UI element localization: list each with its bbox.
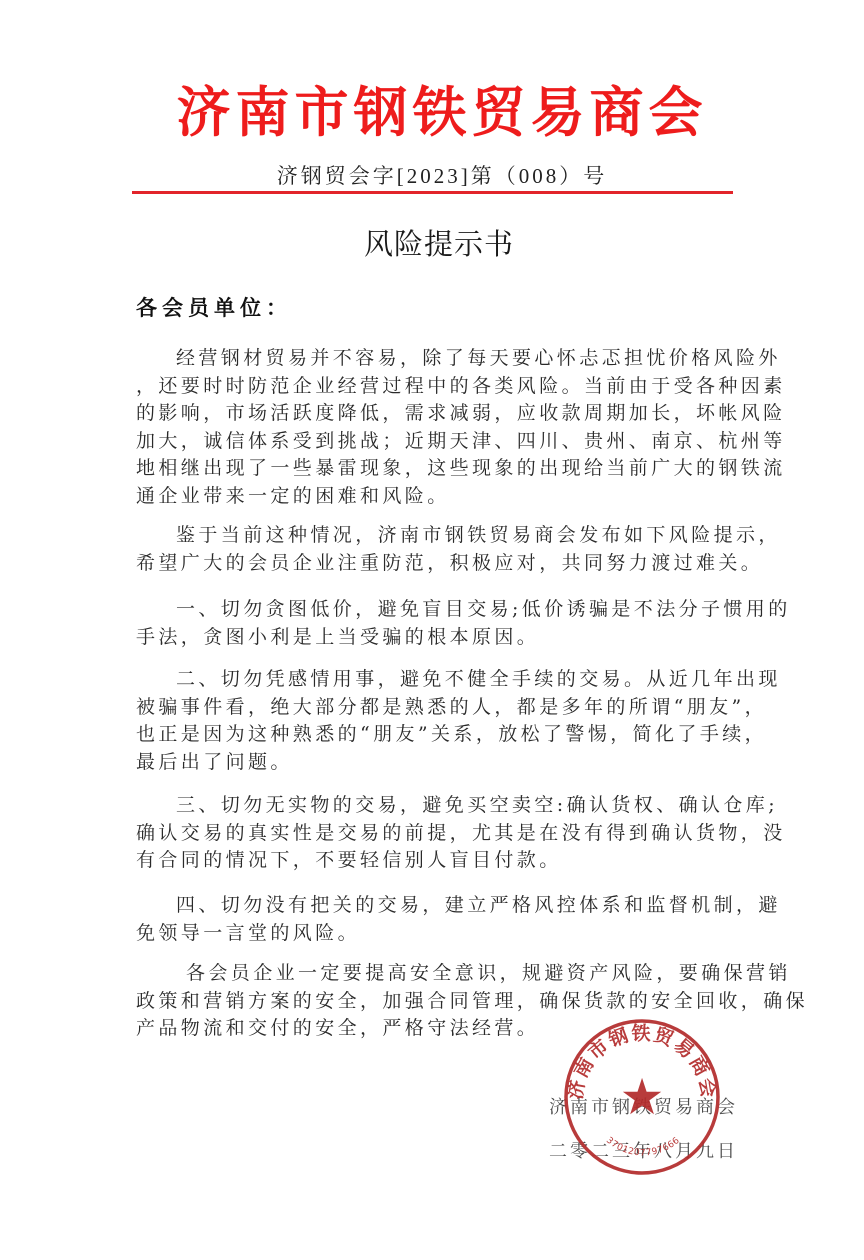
text-line: 四、切勿没有把关的交易，建立严格风控体系和监督机制，避	[136, 892, 736, 920]
document-page: 济南市钢铁贸易商会 济钢贸会字[2023]第（008）号 风险提示书 各会员单位…	[0, 0, 864, 1260]
text-line: ，还要时时防范企业经营过程中的各类风险。当前由于受各种因素	[136, 373, 736, 401]
letterhead-divider	[132, 191, 733, 194]
text-line: 的影响，市场活跃度降低，需求减弱，应收款周期加长，坏帐风险	[136, 400, 736, 428]
risk-item-1: 一、切勿贪图低价，避免盲目交易;低价诱骗是不法分子惯用的 手法，贪图小利是上当受…	[136, 596, 736, 651]
risk-item-4: 四、切勿没有把关的交易，建立严格风控体系和监督机制，避 免领导一言堂的风险。	[136, 892, 736, 947]
text-line: 政策和营销方案的安全，加强合同管理，确保货款的安全回收，确保	[136, 988, 736, 1016]
text-line: 希望广大的会员企业注重防范，积极应对，共同努力渡过难关。	[136, 550, 736, 578]
salutation: 各会员单位：	[136, 292, 292, 324]
text-line: 地相继出现了一些暴雷现象，这些现象的出现给当前广大的钢铁流	[136, 455, 736, 483]
seal-star-icon: ★	[620, 1068, 665, 1126]
text-line: 免领导一言堂的风险。	[136, 920, 736, 948]
svg-text:3701207797666: 3701207797666	[604, 1136, 682, 1159]
text-line: 有合同的情况下，不要轻信别人盲目付款。	[136, 847, 736, 875]
text-line: 三、切勿无实物的交易，避免买空卖空:确认货权、确认仓库;	[136, 792, 736, 820]
paragraph-notice: 鉴于当前这种情况，济南市钢铁贸易商会发布如下风险提示， 希望广大的会员企业注重防…	[136, 522, 736, 577]
text-line: 二、切勿凭感情用事，避免不健全手续的交易。从近几年出现	[136, 666, 736, 694]
text-line: 确认交易的真实性是交易的前提，尤其是在没有得到确认货物，没	[136, 820, 736, 848]
organization-letterhead: 济南市钢铁贸易商会	[0, 78, 864, 148]
seal-code: 3701207797666	[604, 1136, 682, 1159]
document-number: 济钢贸会字[2023]第（008）号	[0, 162, 864, 190]
text-line: 最后出了问题。	[136, 749, 736, 777]
text-line: 一、切勿贪图低价，避免盲目交易;低价诱骗是不法分子惯用的	[136, 596, 736, 624]
document-title: 风险提示书	[0, 222, 864, 266]
text-line: 各会员企业一定要提高安全意识，规避资产风险，要确保营销	[136, 960, 736, 988]
text-line: 手法，贪图小利是上当受骗的根本原因。	[136, 624, 736, 652]
paragraph-intro: 经营钢材贸易并不容易，除了每天要心怀忐忑担忧价格风险外 ，还要时时防范企业经营过…	[136, 345, 736, 511]
official-seal-icon: 济南市钢铁贸易商会 ★ 3701207797666	[562, 1017, 722, 1177]
text-line: 鉴于当前这种情况，济南市钢铁贸易商会发布如下风险提示，	[136, 522, 736, 550]
text-line: 通企业带来一定的困难和风险。	[136, 483, 736, 511]
text-line: 被骗事件看，绝大部分都是熟悉的人，都是多年的所谓“朋友”，	[136, 694, 736, 722]
text-line: 加大，诚信体系受到挑战；近期天津、四川、贵州、南京、杭州等	[136, 428, 736, 456]
risk-item-2: 二、切勿凭感情用事，避免不健全手续的交易。从近几年出现 被骗事件看，绝大部分都是…	[136, 666, 736, 776]
text-line: 也正是因为这种熟悉的“朋友”关系，放松了警惕，简化了手续，	[136, 721, 736, 749]
risk-item-3: 三、切勿无实物的交易，避免买空卖空:确认货权、确认仓库; 确认交易的真实性是交易…	[136, 792, 736, 875]
text-line: 经营钢材贸易并不容易，除了每天要心怀忐忑担忧价格风险外	[136, 345, 736, 373]
